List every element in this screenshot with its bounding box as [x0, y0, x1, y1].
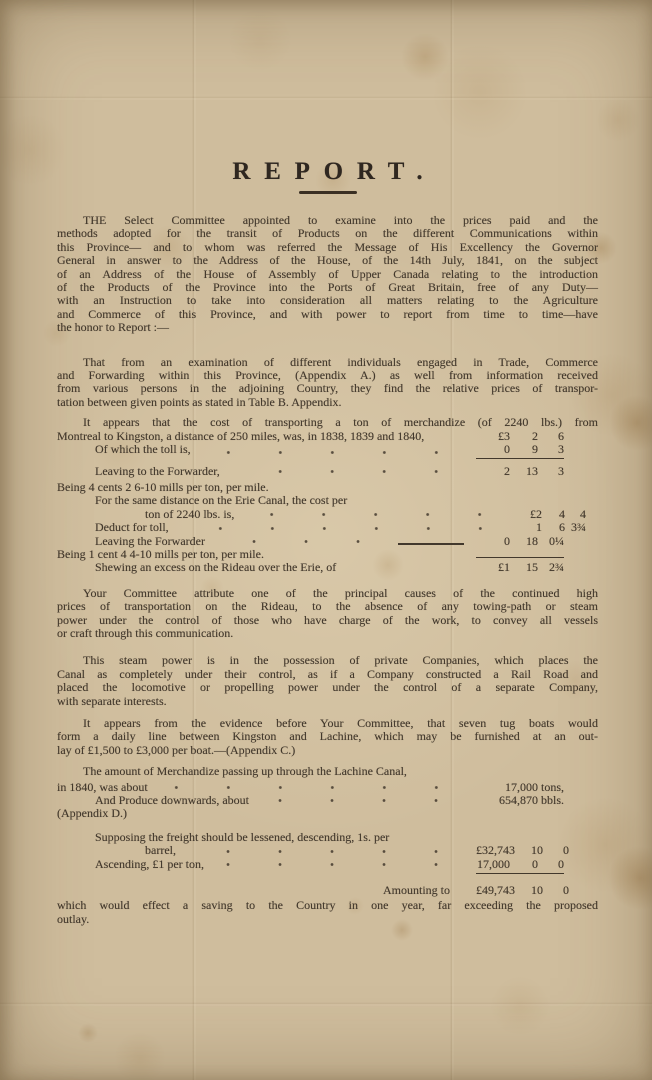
dot-leaders — [181, 521, 514, 534]
text-line: of the Products of the Province into the… — [57, 281, 598, 294]
report-title: REPORT. — [57, 158, 598, 185]
ledger-label: barrel, — [145, 844, 176, 857]
ledger-row — [57, 873, 598, 882]
ledger-label: And Produce downwards, about — [95, 794, 249, 807]
amount-value: 1 — [520, 521, 542, 534]
amount-value: 17,000 — [476, 858, 510, 871]
amount-value: 2 — [510, 430, 538, 443]
amount-value: 10 — [515, 844, 543, 857]
para-examination: That from an examination of different in… — [57, 356, 598, 410]
amount-outer: 2133 — [476, 465, 564, 478]
ledger-row: Being 1 cent 4 4-10 mills per ton, per m… — [57, 548, 598, 561]
ledger-row: ton of 2240 lbs. is,£244 — [57, 508, 598, 521]
dot-leaders — [188, 844, 470, 857]
amount-value: 10 — [515, 884, 543, 897]
amount-value: 6 — [542, 521, 565, 534]
amount-outer: 0180¼ — [476, 535, 564, 548]
text-line: or craft through this communication. — [57, 627, 598, 640]
spacer — [264, 548, 476, 561]
text-line: tation between given points as stated in… — [57, 396, 598, 409]
text-line: outlay. — [57, 913, 598, 926]
dot-leaders — [160, 781, 470, 794]
amount-value: 0 — [543, 844, 569, 857]
spacer — [347, 494, 598, 507]
ledger-row: And Produce downwards, about654,870 bbls… — [57, 794, 598, 807]
amount-outer: 17,00000 — [476, 858, 564, 871]
text-line: General in answer to the Address of the … — [57, 254, 598, 267]
amount-value: 2¾ — [538, 561, 564, 574]
sum-rule — [398, 543, 464, 544]
ledger-label: Leaving the Forwarder — [95, 535, 205, 548]
sum-rule — [476, 557, 564, 558]
para-closing: which would effect a saving to the Count… — [57, 899, 598, 926]
amount-outer: £326 — [476, 430, 564, 443]
amount-outer: 17,000 tons, — [476, 781, 564, 794]
paper-page: REPORT. THE Select Committee appointed t… — [0, 0, 652, 1080]
amount-value: 17,000 tons, — [476, 781, 564, 794]
text-line: Canal as completely under their control,… — [57, 668, 598, 681]
ledger-row: Of which the toll is,093 — [57, 443, 598, 458]
ledger-label: Montreal to Kingston, a distance of 250 … — [57, 430, 424, 443]
ledger-label: Supposing the freight should be lessened… — [95, 831, 389, 844]
text-line: This steam power is in the possession of… — [57, 654, 598, 667]
title-rule — [299, 191, 357, 194]
dot-leaders — [261, 794, 470, 807]
paper-crease-horizontal — [0, 1002, 652, 1006]
dot-leaders — [246, 508, 514, 521]
amount-outer — [476, 873, 564, 876]
amount-value: 13 — [510, 465, 538, 478]
amount-value: 4 — [565, 508, 586, 521]
ledger-row: Leaving to the Forwarder,2133 — [57, 465, 598, 478]
ledger-row: For the same distance on the Erie Canal,… — [57, 494, 598, 507]
amount-value: 9 — [510, 443, 538, 456]
text-line: the honor to Report :— — [57, 321, 598, 334]
text-line: and Forwarding within this Province, (Ap… — [57, 369, 598, 382]
text-line: methods adopted for the transit of Produ… — [57, 227, 598, 240]
ledger-label: in 1840, was about — [57, 781, 148, 794]
amount-value: 0 — [543, 884, 569, 897]
text-line: That from an examination of different in… — [57, 356, 598, 369]
text-line: It appears from the evidence before Your… — [57, 717, 598, 730]
ledger-label: Of which the toll is, — [95, 443, 191, 456]
amount-value: £1 — [476, 561, 510, 574]
amount-inner — [398, 543, 464, 544]
ledger-savings: Supposing the freight should be lessened… — [57, 831, 598, 898]
ledger-text-line: It appears that the cost of transporting… — [57, 416, 598, 429]
ledger-row: Amounting to£49,743100 — [57, 884, 598, 897]
spacer — [57, 884, 383, 897]
ledger-row: Ascending, £1 per ton,17,00000 — [57, 858, 598, 871]
text-line: lay of £1,500 to £3,000 per boat.—(Appen… — [57, 744, 598, 757]
para-tugboats: It appears from the evidence before Your… — [57, 717, 598, 757]
ledger-label: ton of 2240 lbs. is, — [145, 508, 234, 521]
ledger-montreal: It appears that the cost of transporting… — [57, 416, 598, 574]
amount-value: 18 — [510, 535, 538, 548]
amount-value: 0 — [538, 858, 564, 871]
para-committee: Your Committee attribute one of the prin… — [57, 587, 598, 641]
amount-value: 0 — [510, 858, 538, 871]
amount-value: 4 — [542, 508, 565, 521]
dot-leaders — [232, 465, 470, 478]
ledger-label: Deduct for toll, — [95, 521, 169, 534]
spacer — [336, 561, 476, 574]
amount-value: £32,743 — [476, 844, 515, 857]
amount-value: £3 — [476, 430, 510, 443]
amount-value: 0 — [476, 443, 510, 456]
amount-outer — [476, 557, 564, 558]
text-line: placed the locomotive or propelling powe… — [57, 681, 598, 694]
amount-value: 0¼ — [538, 535, 564, 548]
ledger-row: barrel,£32,743100 — [57, 844, 598, 857]
dot-leaders — [217, 535, 392, 548]
ledger-row: in 1840, was about17,000 tons, — [57, 781, 598, 794]
ledger-label: Being 4 cents 2 6-10 mills per ton, per … — [57, 481, 269, 494]
amount-value: 3¾ — [565, 521, 586, 534]
ledger-text-line: The amount of Merchandize passing up thr… — [57, 765, 598, 778]
amount-value: 15 — [510, 561, 538, 574]
ledger-label: Amounting to — [383, 884, 450, 897]
text-line: this Province— and to whom was referred … — [57, 241, 598, 254]
ledger-row: Being 4 cents 2 6-10 mills per ton, per … — [57, 481, 598, 494]
ledger-label: Shewing an excess on the Rideau over the… — [95, 561, 336, 574]
ledger-row: Deduct for toll,163¾ — [57, 521, 598, 534]
amount-value: 654,870 bbls. — [476, 794, 564, 807]
ledger-label: Ascending, £1 per ton, — [95, 858, 204, 871]
amount-value: 3 — [538, 465, 564, 478]
ledger-lachine: The amount of Merchandize passing up thr… — [57, 765, 598, 821]
dot-leaders — [216, 858, 470, 871]
amount-inner: 163¾ — [520, 521, 586, 534]
amount-outer: £32,743100 — [476, 844, 564, 857]
text-line: power under the control of those who hav… — [57, 614, 598, 627]
ledger-label: Being 1 cent 4 4-10 mills per ton, per m… — [57, 548, 264, 561]
dot-leaders — [203, 443, 470, 458]
amount-outer: £49,743100 — [476, 884, 564, 897]
spacer — [269, 481, 598, 494]
amount-outer: £1152¾ — [476, 561, 564, 574]
ledger-row: Leaving the Forwarder0180¼ — [57, 535, 598, 548]
text-line: which would effect a saving to the Count… — [57, 899, 598, 912]
amount-inner: £244 — [520, 508, 586, 521]
text-line: of an Address of the House of Assembly o… — [57, 268, 598, 281]
text-line: prices of transportation on the Rideau, … — [57, 600, 598, 613]
ledger-row: Supposing the freight should be lessened… — [57, 831, 598, 844]
amount-value: 2 — [476, 465, 510, 478]
amount-value: 0 — [476, 535, 510, 548]
sum-rule — [476, 873, 564, 874]
amount-outer: 093 — [476, 443, 564, 458]
text-line: THE Select Committee appointed to examin… — [57, 214, 598, 227]
ledger-row: Montreal to Kingston, a distance of 250 … — [57, 430, 598, 443]
spacer — [389, 831, 598, 844]
text-line: and Commerce of this Province, and with … — [57, 308, 598, 321]
text-line: from various persons in the adjoining Co… — [57, 382, 598, 395]
ledger-label: For the same distance on the Erie Canal,… — [95, 494, 347, 507]
amount-value: £2 — [520, 508, 542, 521]
document-content: REPORT. THE Select Committee appointed t… — [57, 0, 598, 926]
document-body: THE Select Committee appointed to examin… — [57, 214, 598, 926]
text-line: Your Committee attribute one of the prin… — [57, 587, 598, 600]
amount-outer: 654,870 bbls. — [476, 794, 564, 807]
text-line: with an Instruction to take into conside… — [57, 294, 598, 307]
ledger-text-line: (Appendix D.) — [57, 807, 598, 820]
ledger-row: Shewing an excess on the Rideau over the… — [57, 561, 598, 574]
text-line: form a daily line between Kingston and L… — [57, 730, 598, 743]
para-opening: THE Select Committee appointed to examin… — [57, 214, 598, 335]
ledger-label: Leaving to the Forwarder, — [95, 465, 220, 478]
amount-value: £49,743 — [476, 884, 515, 897]
amount-value: 3 — [538, 443, 564, 456]
amount-value: 6 — [538, 430, 564, 443]
text-line: with separate interests. — [57, 695, 598, 708]
spacer — [57, 873, 476, 882]
spacer — [424, 430, 476, 443]
para-steam: This steam power is in the possession of… — [57, 654, 598, 708]
